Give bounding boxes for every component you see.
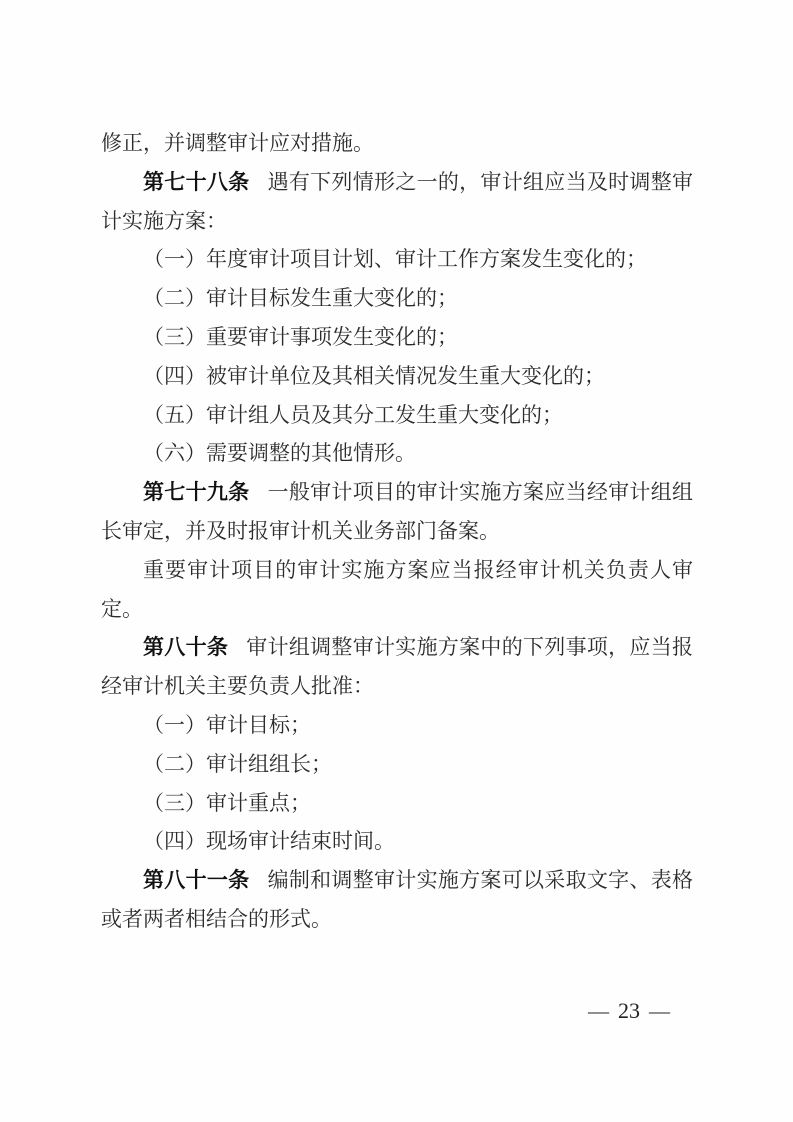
article-number: 第七十九条 (143, 481, 249, 504)
page-footer: — 23 — (588, 996, 670, 1026)
text-line: 第八十条审计组调整审计实施方案中的下列事项，应当报 (101, 628, 693, 667)
text-line: （三）审计重点； (101, 784, 693, 823)
article-number: 第八十条 (143, 636, 228, 659)
footer-dash-left: — (588, 999, 609, 1024)
line-text: 一般审计项目的审计实施方案应当经审计组组 (267, 480, 693, 504)
text-line: （五）审计组人员及其分工发生重大变化的； (101, 396, 693, 435)
text-line: 第八十一条编制和调整审计实施方案可以采取文字、表格 (101, 861, 693, 900)
text-line: （四）被审计单位及其相关情况发生重大变化的； (101, 357, 693, 396)
text-line: 或者两者相结合的形式。 (101, 900, 693, 939)
footer-dash-right: — (649, 999, 670, 1024)
text-line: （二）审计目标发生重大变化的； (101, 279, 693, 318)
text-line: 第七十九条一般审计项目的审计实施方案应当经审计组组 (101, 473, 693, 512)
article-number: 第七十八条 (143, 171, 249, 194)
text-line: 第七十八条遇有下列情形之一的，审计组应当及时调整审 (101, 163, 693, 202)
text-line: （一）审计目标； (101, 706, 693, 745)
text-line: （二）审计组组长； (101, 745, 693, 784)
text-line: （一）年度审计项目计划、审计工作方案发生变化的； (101, 240, 693, 279)
text-line: 重要审计项目的审计实施方案应当报经审计机关负责人审 (101, 551, 693, 590)
text-line: （三）重要审计事项发生变化的； (101, 318, 693, 357)
article-number: 第八十一条 (143, 869, 249, 892)
text-line: 经审计机关主要负责人批准： (101, 667, 693, 706)
document-page: 修正，并调整审计应对措施。第七十八条遇有下列情形之一的，审计组应当及时调整审计实… (0, 0, 793, 1122)
text-line: 长审定，并及时报审计机关业务部门备案。 (101, 512, 693, 551)
page-number: 23 (618, 998, 640, 1024)
text-line: 修正，并调整审计应对措施。 (101, 124, 693, 163)
text-line: 定。 (101, 590, 693, 629)
line-text: 编制和调整审计实施方案可以采取文字、表格 (267, 868, 693, 892)
text-line: （六）需要调整的其他情形。 (101, 434, 693, 473)
document-body: 修正，并调整审计应对措施。第七十八条遇有下列情形之一的，审计组应当及时调整审计实… (101, 124, 693, 939)
line-text: 遇有下列情形之一的，审计组应当及时调整审 (267, 170, 693, 194)
text-line: （四）现场审计结束时间。 (101, 822, 693, 861)
line-text: 审计组调整审计实施方案中的下列事项，应当报 (246, 635, 693, 659)
text-line: 计实施方案： (101, 202, 693, 241)
